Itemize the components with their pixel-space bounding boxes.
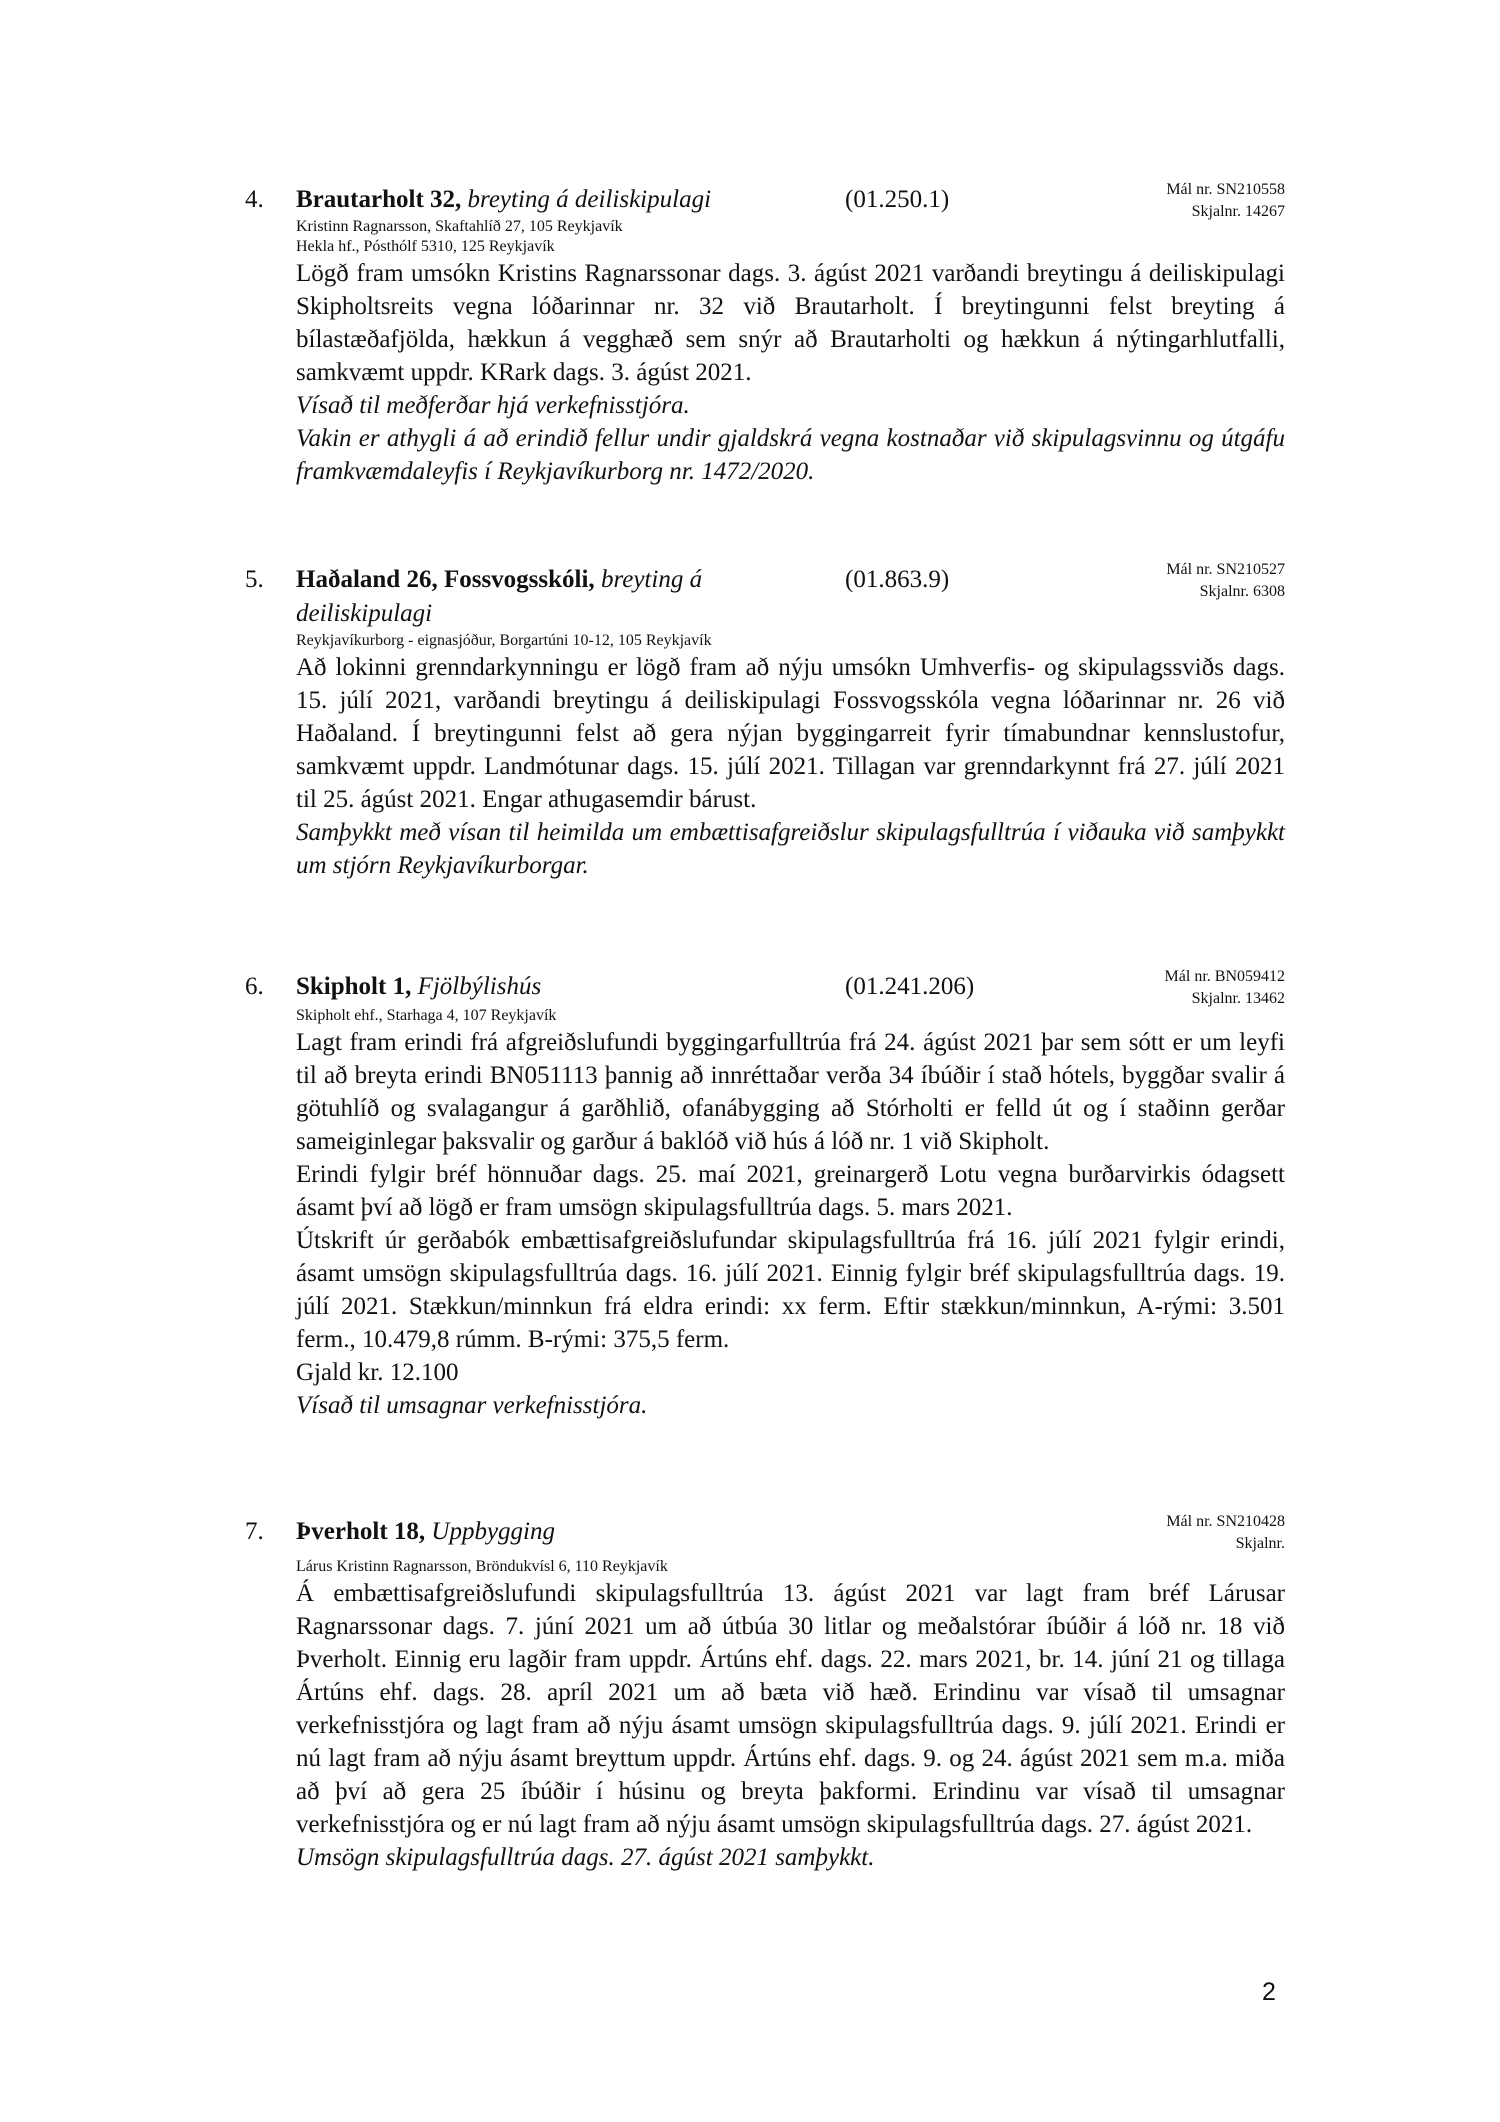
item-number: 6. — [245, 970, 264, 1004]
item-body: Lagt fram erindi frá afgreiðslufundi byg… — [296, 1026, 1285, 1422]
item-reference: (01.863.9) — [845, 563, 949, 597]
item-title-address: Brautarholt 32, — [296, 186, 461, 213]
item-title-address: Þverholt 18, — [296, 1518, 425, 1545]
applicants: Skipholt ehf., Starhaga 4, 107 Reykjavík — [296, 1006, 1285, 1026]
document-number: Skjalnr. — [1166, 1533, 1285, 1555]
item-header: 7. Þverholt 18, Uppbygging Mál nr. SN210… — [245, 1515, 1285, 1549]
item-body: Lögð fram umsókn Kristins Ragnarssonar d… — [296, 257, 1285, 488]
item-header: 6. Skipholt 1, Fjölbýlishús (01.241.206)… — [245, 970, 1285, 1004]
paragraph: Á embættisafgreiðslufundi skipulagsfullt… — [296, 1577, 1285, 1841]
case-number: Mál nr. SN210558 — [1166, 179, 1285, 201]
item-meta: Mál nr. BN059412 Skjalnr. 13462 — [1165, 966, 1285, 1010]
applicant: Kristinn Ragnarsson, Skaftahlíð 27, 105 … — [296, 217, 1285, 237]
applicants: Reykjavíkurborg - eignasjóður, Borgartún… — [296, 631, 1285, 651]
agenda-item-5: 5. Haðaland 26, Fossvogsskóli, breyting … — [245, 563, 1285, 882]
item-title-subject: Uppbygging — [431, 1518, 555, 1545]
item-reference: (01.250.1) — [845, 183, 949, 217]
item-title: Þverholt 18, Uppbygging — [296, 1515, 776, 1549]
item-title-subject: Fjölbýlishús — [418, 973, 542, 1000]
item-title-address: Haðaland 26, Fossvogsskóli, — [296, 566, 595, 593]
decision: Vísað til meðferðar hjá verkefnisstjóra. — [296, 389, 1285, 422]
paragraph: Lagt fram erindi frá afgreiðslufundi byg… — [296, 1026, 1285, 1158]
agenda-item-6: 6. Skipholt 1, Fjölbýlishús (01.241.206)… — [245, 970, 1285, 1422]
item-meta: Mál nr. SN210558 Skjalnr. 14267 — [1166, 179, 1285, 223]
case-number: Mál nr. SN210527 — [1166, 559, 1285, 581]
page-number: 2 — [1262, 1978, 1276, 2007]
item-body: Að lokinni grenndarkynningu er lögð fram… — [296, 651, 1285, 882]
paragraph: Lögð fram umsókn Kristins Ragnarssonar d… — [296, 257, 1285, 389]
item-title-subject: breyting á deiliskipulagi — [468, 186, 711, 213]
decision: Samþykkt með vísan til heimilda um embæt… — [296, 816, 1285, 882]
item-reference: (01.241.206) — [845, 970, 974, 1004]
applicant: Reykjavíkurborg - eignasjóður, Borgartún… — [296, 631, 1285, 651]
item-title: Skipholt 1, Fjölbýlishús — [296, 970, 776, 1004]
item-meta: Mál nr. SN210527 Skjalnr. 6308 — [1166, 559, 1285, 603]
agenda-item-4: 4. Brautarholt 32, breyting á deiliskipu… — [245, 183, 1285, 488]
item-title: Brautarholt 32, breyting á deiliskipulag… — [296, 183, 776, 217]
applicants: Kristinn Ragnarsson, Skaftahlíð 27, 105 … — [296, 217, 1285, 257]
decision: Vísað til umsagnar verkefnisstjóra. — [296, 1389, 1285, 1422]
paragraph: Útskrift úr gerðabók embættisafgreiðsluf… — [296, 1224, 1285, 1356]
case-number: Mál nr. SN210428 — [1166, 1511, 1285, 1533]
applicant: Skipholt ehf., Starhaga 4, 107 Reykjavík — [296, 1006, 1285, 1026]
item-title: Haðaland 26, Fossvogsskóli, breyting á d… — [296, 563, 756, 631]
document-number: Skjalnr. 6308 — [1166, 581, 1285, 603]
applicant: Hekla hf., Pósthólf 5310, 125 Reykjavík — [296, 237, 1285, 257]
item-meta: Mál nr. SN210428 Skjalnr. — [1166, 1511, 1285, 1555]
agenda-item-7: 7. Þverholt 18, Uppbygging Mál nr. SN210… — [245, 1515, 1285, 1874]
item-header: 4. Brautarholt 32, breyting á deiliskipu… — [245, 183, 1285, 217]
item-header: 5. Haðaland 26, Fossvogsskóli, breyting … — [245, 563, 1285, 631]
fee: Gjald kr. 12.100 — [296, 1356, 1285, 1389]
item-number: 4. — [245, 183, 264, 217]
item-number: 7. — [245, 1515, 264, 1549]
paragraph: Að lokinni grenndarkynningu er lögð fram… — [296, 651, 1285, 816]
paragraph: Erindi fylgir bréf hönnuðar dags. 25. ma… — [296, 1158, 1285, 1224]
document-number: Skjalnr. 14267 — [1166, 201, 1285, 223]
item-body: Á embættisafgreiðslufundi skipulagsfullt… — [296, 1577, 1285, 1874]
item-number: 5. — [245, 563, 264, 597]
applicant: Lárus Kristinn Ragnarsson, Bröndukvísl 6… — [296, 1557, 1285, 1577]
decision: Umsögn skipulagsfulltrúa dags. 27. ágúst… — [296, 1841, 1285, 1874]
notice: Vakin er athygli á að erindið fellur und… — [296, 422, 1285, 488]
case-number: Mál nr. BN059412 — [1165, 966, 1285, 988]
item-title-address: Skipholt 1, — [296, 973, 411, 1000]
document-number: Skjalnr. 13462 — [1165, 988, 1285, 1010]
applicants: Lárus Kristinn Ragnarsson, Bröndukvísl 6… — [296, 1557, 1285, 1577]
